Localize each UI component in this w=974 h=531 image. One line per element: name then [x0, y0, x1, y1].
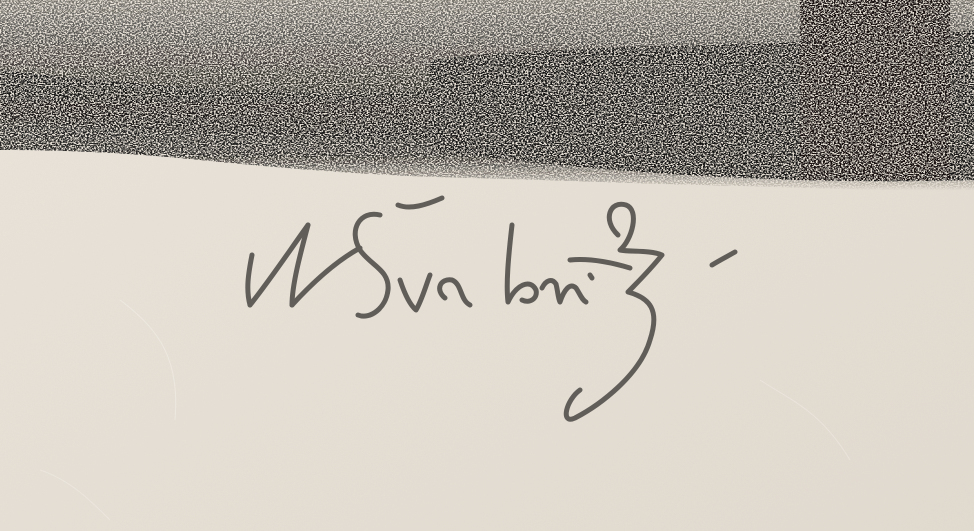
pencil-signature: [230, 180, 750, 430]
lithograph-photo: M. Švabinský: [0, 0, 974, 531]
lithograph-print-area: [0, 0, 974, 200]
